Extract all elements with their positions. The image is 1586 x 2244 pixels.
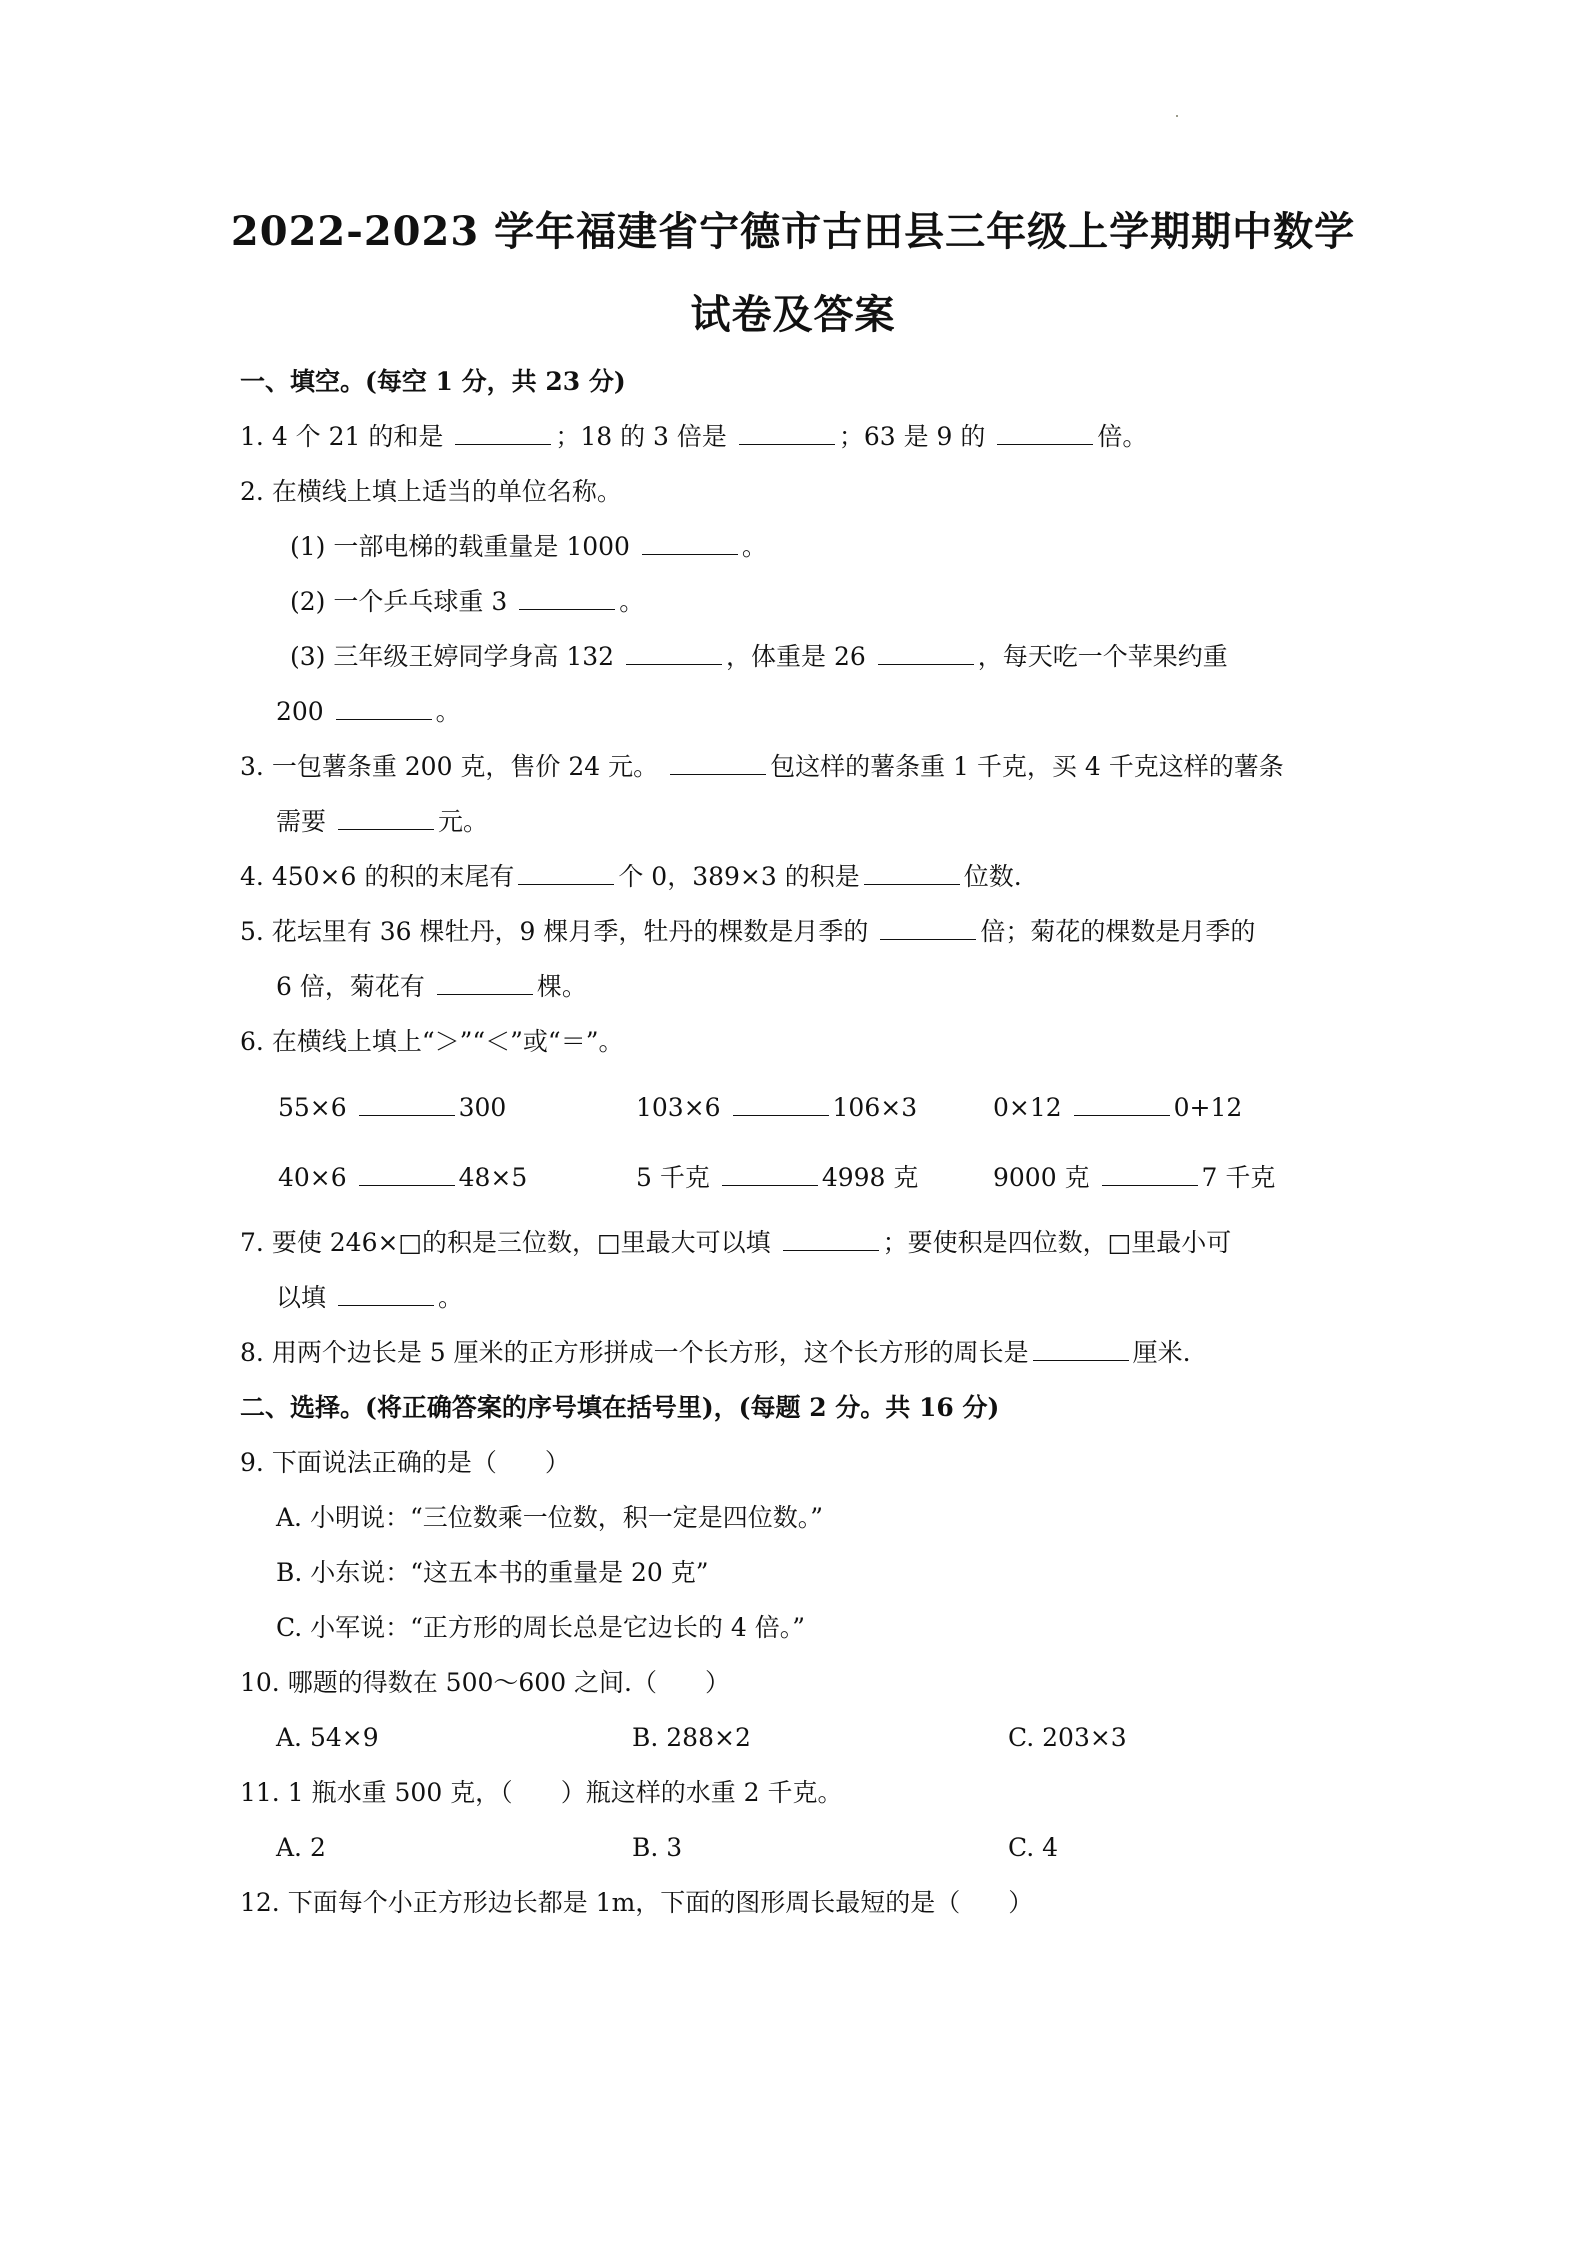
q3-blank-1[interactable] xyxy=(670,752,766,775)
q4-text-a: 450×6 的积的末尾有 xyxy=(272,862,515,891)
q6-item-1: 55×6 300 xyxy=(278,1093,506,1123)
q6-r1c2-left: 103×6 xyxy=(636,1093,721,1122)
q6-r2c1-left: 40×6 xyxy=(278,1163,347,1192)
q4-text-b: 个 0，389×3 的积是 xyxy=(618,862,859,891)
q1-blank-1[interactable] xyxy=(455,422,551,445)
q2-s3-text-d: 200 xyxy=(276,697,324,726)
q6-r2c1-right: 48×5 xyxy=(459,1163,528,1192)
q5-blank-2[interactable] xyxy=(437,972,533,995)
q6-item-5: 5 千克 4998 克 xyxy=(636,1163,918,1193)
q9-option-b: B. 小东说：“这五本书的重量是 20 克” xyxy=(276,1558,709,1588)
q2-s1-blank[interactable] xyxy=(642,532,738,555)
q6-r2c2-left: 5 千克 xyxy=(636,1163,710,1192)
q11-b-text: 3 xyxy=(666,1833,682,1862)
q2-s2-text: 一个乒乓球重 3 xyxy=(333,587,507,616)
q6-r2c3-right: 7 千克 xyxy=(1202,1163,1276,1192)
q9-option-a: A. 小明说：“三位数乘一位数，积一定是四位数。” xyxy=(276,1503,823,1533)
q9-c-text: 小军说：“正方形的周长总是它边长的 4 倍。” xyxy=(310,1613,805,1642)
q11-c-text: 4 xyxy=(1042,1833,1058,1862)
q6-item-3: 0×12 0+12 xyxy=(993,1093,1242,1123)
question-4: 4. 450×6 的积的末尾有个 0，389×3 的积是位数. xyxy=(240,862,1022,892)
question-2-sub-1: (1) 一部电梯的载重量是 1000 。 xyxy=(290,532,767,562)
q9-option-c: C. 小军说：“正方形的周长总是它边长的 4 倍。” xyxy=(276,1613,805,1643)
q10-stem: 哪题的得数在 500～600 之间.（ xyxy=(288,1668,657,1697)
q10-option-a: A. 54×9 xyxy=(276,1723,379,1753)
q1-text-d: 倍。 xyxy=(1097,422,1147,451)
q2-s3-end: 。 xyxy=(436,697,461,726)
q9-c-label: C. xyxy=(276,1613,302,1642)
q2-s3-blank-3[interactable] xyxy=(336,697,432,720)
q8-num: 8. xyxy=(240,1338,264,1367)
q7-text-d: 。 xyxy=(438,1283,463,1312)
section1-heading: 一、填空。(每空 1 分，共 23 分) xyxy=(240,367,626,397)
q5-blank-1[interactable] xyxy=(880,917,976,940)
q6-r1c2-right: 106×3 xyxy=(833,1093,918,1122)
q2-s3-blank-2[interactable] xyxy=(878,642,974,665)
q11-option-b: B. 3 xyxy=(632,1833,682,1863)
document-title-line2: 试卷及答案 xyxy=(0,283,1586,340)
q6-num: 6. xyxy=(240,1027,264,1056)
q7-text-c: 以填 xyxy=(276,1283,326,1312)
q2-num: 2. xyxy=(240,477,264,506)
q6-r1c1-blank[interactable] xyxy=(359,1093,455,1116)
page-mark xyxy=(1176,115,1178,117)
q6-r1c1-right: 300 xyxy=(459,1093,507,1122)
q10-c-text: 203×3 xyxy=(1042,1723,1127,1752)
question-5-cont: 6 倍，菊花有 棵。 xyxy=(276,972,587,1002)
section2-heading: 二、选择。(将正确答案的序号填在括号里)，(每题 2 分。共 16 分) xyxy=(240,1393,999,1423)
question-7: 7. 要使 246×□的积是三位数，□里最大可以填 ；要使积是四位数，□里最小可 xyxy=(240,1228,1231,1258)
q3-text-c: 需要 xyxy=(276,807,326,836)
q7-text-b: ；要使积是四位数，□里最小可 xyxy=(883,1228,1232,1257)
q1-text-c: ；63 是 9 的 xyxy=(839,422,986,451)
question-7-cont: 以填 。 xyxy=(276,1283,463,1313)
q12-close: ） xyxy=(1008,1888,1033,1917)
q3-text-d: 元。 xyxy=(438,807,488,836)
q11-c-label: C. xyxy=(1008,1833,1034,1862)
q10-num: 10. xyxy=(240,1668,280,1697)
question-12: 12. 下面每个小正方形边长都是 1m，下面的图形周长最短的是（） xyxy=(240,1888,1033,1918)
question-3-cont: 需要 元。 xyxy=(276,807,488,837)
q1-blank-2[interactable] xyxy=(739,422,835,445)
q2-s1-end: 。 xyxy=(742,532,767,561)
q10-close: ） xyxy=(705,1668,730,1697)
q10-b-text: 288×2 xyxy=(666,1723,751,1752)
q6-r2c3-left: 9000 克 xyxy=(993,1163,1090,1192)
question-6-stem: 6. 在横线上填上“＞”“＜”或“＝”。 xyxy=(240,1027,624,1057)
q6-r2c1-blank[interactable] xyxy=(359,1163,455,1186)
q6-r1c3-right: 0+12 xyxy=(1174,1093,1243,1122)
q11-a-text: 2 xyxy=(310,1833,326,1862)
q6-r2c3-blank[interactable] xyxy=(1102,1163,1198,1186)
q1-text-b: ；18 的 3 倍是 xyxy=(555,422,727,451)
q6-r1c3-left: 0×12 xyxy=(993,1093,1062,1122)
q9-a-text: 小明说：“三位数乘一位数，积一定是四位数。” xyxy=(310,1503,823,1532)
q12-num: 12. xyxy=(240,1888,280,1917)
q2-s3-label: (3) xyxy=(290,642,325,671)
q10-a-text: 54×9 xyxy=(310,1723,379,1752)
q5-num: 5. xyxy=(240,917,264,946)
q11-option-c: C. 4 xyxy=(1008,1833,1058,1863)
q4-text-c: 位数. xyxy=(964,862,1022,891)
q11-num: 11. xyxy=(240,1778,280,1807)
q2-s1-text: 一部电梯的载重量是 1000 xyxy=(333,532,630,561)
q1-num: 1. xyxy=(240,422,264,451)
q3-blank-2[interactable] xyxy=(338,807,434,830)
q3-text-b: 包这样的薯条重 1 千克，买 4 千克这样的薯条 xyxy=(770,752,1284,781)
q7-num: 7. xyxy=(240,1228,264,1257)
q2-s3-text-a: 三年级王婷同学身高 132 xyxy=(333,642,614,671)
q11-b-label: B. xyxy=(632,1833,658,1862)
q9-stem: 下面说法正确的是（ xyxy=(272,1448,497,1477)
q7-blank-2[interactable] xyxy=(338,1283,434,1306)
q2-s3-text-c: ，每天吃一个苹果约重 xyxy=(978,642,1228,671)
q4-blank-2[interactable] xyxy=(864,862,960,885)
q2-s2-label: (2) xyxy=(290,587,325,616)
q5-text-b: 倍；菊花的棵数是月季的 xyxy=(980,917,1255,946)
q5-text-c: 6 倍，菊花有 xyxy=(276,972,425,1001)
question-2-sub-2: (2) 一个乒乓球重 3 。 xyxy=(290,587,644,617)
q8-text-b: 厘米. xyxy=(1133,1338,1191,1367)
q1-text-a: 4 个 21 的和是 xyxy=(272,422,444,451)
q10-a-label: A. xyxy=(276,1723,302,1752)
q8-text-a: 用两个边长是 5 厘米的正方形拼成一个长方形，这个长方形的周长是 xyxy=(272,1338,1029,1367)
question-3: 3. 一包薯条重 200 克，售价 24 元。 包这样的薯条重 1 千克，买 4… xyxy=(240,752,1284,782)
q9-num: 9. xyxy=(240,1448,264,1477)
q3-text-a: 一包薯条重 200 克，售价 24 元。 xyxy=(272,752,658,781)
q11-text-a: 1 瓶水重 500 克，（ xyxy=(288,1778,513,1807)
q10-option-c: C. 203×3 xyxy=(1008,1723,1127,1753)
q9-b-text: 小东说：“这五本书的重量是 20 克” xyxy=(310,1558,708,1587)
q10-c-label: C. xyxy=(1008,1723,1034,1752)
question-2-stem: 2. 在横线上填上适当的单位名称。 xyxy=(240,477,622,507)
q6-item-4: 40×6 48×5 xyxy=(278,1163,527,1193)
question-5: 5. 花坛里有 36 棵牡丹，9 棵月季，牡丹的棵数是月季的 倍；菊花的棵数是月… xyxy=(240,917,1255,947)
q8-blank[interactable] xyxy=(1033,1338,1129,1361)
q2-s2-end: 。 xyxy=(619,587,644,616)
q5-text-a: 花坛里有 36 棵牡丹，9 棵月季，牡丹的棵数是月季的 xyxy=(272,917,869,946)
q6-r2c2-right: 4998 克 xyxy=(822,1163,919,1192)
q2-s3-text-b: ，体重是 26 xyxy=(726,642,866,671)
q10-b-label: B. xyxy=(632,1723,658,1752)
q2-stem: 在横线上填上适当的单位名称。 xyxy=(272,477,622,506)
q5-text-d: 棵。 xyxy=(537,972,587,1001)
q7-text-a: 要使 246×□的积是三位数，□里最大可以填 xyxy=(272,1228,771,1257)
q7-blank-1[interactable] xyxy=(783,1228,879,1251)
q6-r1c1-left: 55×6 xyxy=(278,1093,347,1122)
q11-a-label: A. xyxy=(276,1833,302,1862)
q6-r2c2-blank[interactable] xyxy=(722,1163,818,1186)
question-1: 1. 4 个 21 的和是 ；18 的 3 倍是 ；63 是 9 的 倍。 xyxy=(240,422,1147,452)
document-title-line1: 2022-2023 学年福建省宁德市古田县三年级上学期期中数学 xyxy=(0,200,1586,257)
question-11: 11. 1 瓶水重 500 克，（）瓶这样的水重 2 千克。 xyxy=(240,1778,843,1808)
question-2-sub-3: (3) 三年级王婷同学身高 132 ，体重是 26 ，每天吃一个苹果约重 xyxy=(290,642,1228,672)
q3-num: 3. xyxy=(240,752,264,781)
q2-s1-label: (1) xyxy=(290,532,325,561)
question-9: 9. 下面说法正确的是（） xyxy=(240,1448,570,1478)
q12-stem: 下面每个小正方形边长都是 1m，下面的图形周长最短的是（ xyxy=(288,1888,961,1917)
q6-item-2: 103×6 106×3 xyxy=(636,1093,917,1123)
q9-b-label: B. xyxy=(276,1558,302,1587)
question-10: 10. 哪题的得数在 500～600 之间.（） xyxy=(240,1668,730,1698)
q2-s3-blank-1[interactable] xyxy=(626,642,722,665)
q11-option-a: A. 2 xyxy=(276,1833,326,1863)
q9-close: ） xyxy=(545,1448,570,1477)
q9-a-label: A. xyxy=(276,1503,302,1532)
q4-blank-1[interactable] xyxy=(518,862,614,885)
q11-text-b: ）瓶这样的水重 2 千克。 xyxy=(561,1778,843,1807)
q4-num: 4. xyxy=(240,862,264,891)
question-2-sub-3-cont: 200 。 xyxy=(276,697,461,727)
q2-s2-blank[interactable] xyxy=(519,587,615,610)
q6-r1c3-blank[interactable] xyxy=(1074,1093,1170,1116)
q6-stem: 在横线上填上“＞”“＜”或“＝”。 xyxy=(272,1027,624,1056)
q10-option-b: B. 288×2 xyxy=(632,1723,751,1753)
q6-item-6: 9000 克 7 千克 xyxy=(993,1163,1275,1193)
q1-blank-3[interactable] xyxy=(997,422,1093,445)
q6-r1c2-blank[interactable] xyxy=(733,1093,829,1116)
question-8: 8. 用两个边长是 5 厘米的正方形拼成一个长方形，这个长方形的周长是厘米. xyxy=(240,1338,1191,1368)
